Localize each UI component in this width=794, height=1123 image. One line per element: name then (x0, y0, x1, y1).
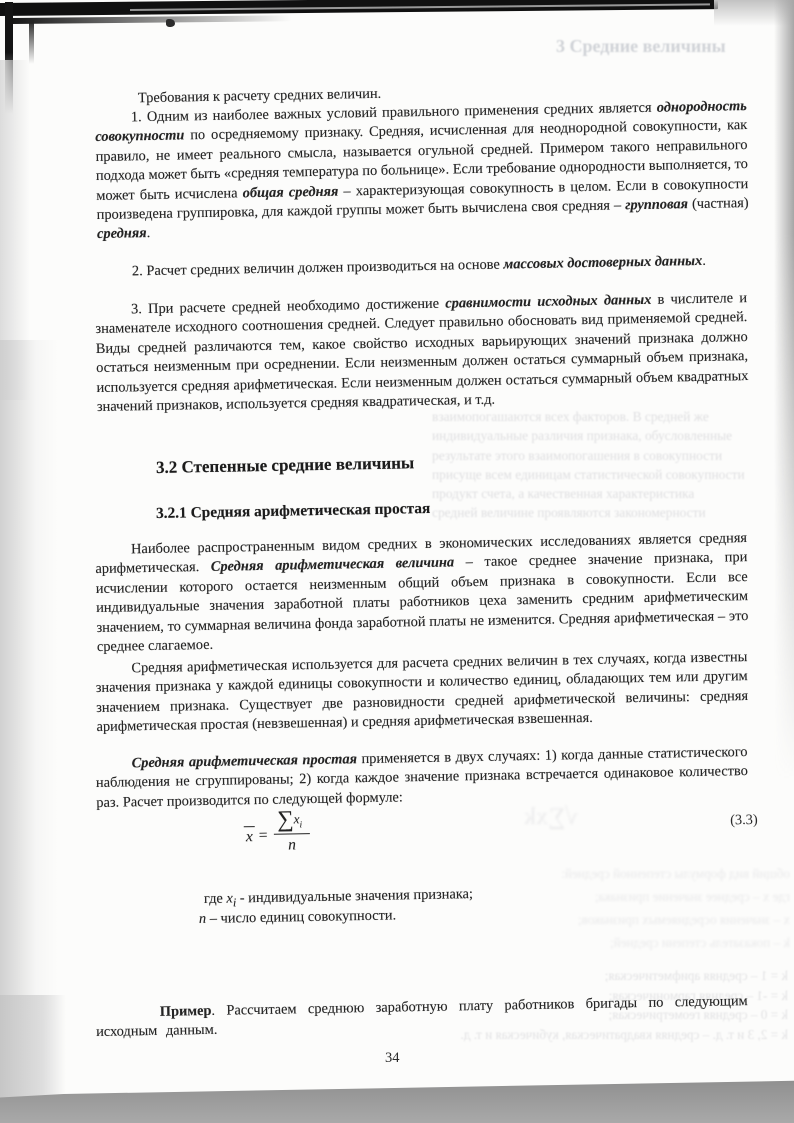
left-edge-inner-line (29, 20, 34, 64)
subscript-i: i (299, 819, 302, 829)
ghost-line: k – показатель степени средней; (468, 931, 790, 954)
paragraph-two-kinds: Средняя арифметическая используется для … (95, 648, 748, 738)
paragraph-arithmetic-mean: Наиболее распространенным видом средних … (95, 529, 749, 657)
ghost-line: средней величине проявляются закономерно… (432, 503, 790, 522)
paragraph-comparability: 3. При расчете средней необходимо достиж… (95, 289, 749, 417)
formula-arithmetic-mean-simple: x = ∑xi n (243, 806, 310, 855)
ghost-line: продукт счета, а качественная характерис… (432, 484, 790, 503)
ghost-line: результате этого взаимопогашения в совок… (432, 446, 790, 465)
ghost-line: k = 1 – средняя арифметическая; (452, 966, 788, 986)
left-edge-shadow (0, 340, 58, 1020)
ghost-line: присуще всем единицам статистической сов… (432, 465, 790, 484)
paragraph-mass-data: 2. Расчет средних величин должен произво… (96, 251, 748, 282)
fraction-denominator: n (274, 834, 311, 855)
subsection-heading: 3.2.1 Средняя арифметическая простая (156, 500, 431, 523)
equation-number: (3.3) (730, 812, 758, 830)
section-heading: 3.2 Степенные средние величины (156, 453, 415, 478)
scanned-page: 3 Средние величины взаимопогашаются всех… (0, 0, 794, 1123)
bottom-left-background (0, 995, 66, 1103)
right-edge-shadow (774, 0, 794, 780)
fraction-numerator: ∑xi (273, 806, 310, 835)
top-edge-secondary-line (12, 15, 292, 24)
mean-symbol: x (244, 826, 255, 846)
ghost-chapter-heading: 3 Средние величины (556, 36, 726, 57)
sum-icon: ∑ (277, 806, 294, 831)
bottom-scanner-background (0, 1079, 794, 1123)
ghost-line: индивидуальные различия признака, обусло… (432, 426, 790, 445)
paragraph-homogeneity: 1. Одним из наиболее важных условий прав… (95, 97, 749, 245)
ghost-text-block-right: взаимопогашаются всех факторов. В средне… (432, 407, 790, 523)
scan-speck (166, 19, 175, 27)
page-number: 34 (385, 1050, 400, 1067)
fraction: ∑xi n (273, 806, 311, 855)
formula-row: x = ∑xi n (3.3) (95, 794, 748, 878)
equals-sign: = (259, 827, 268, 845)
